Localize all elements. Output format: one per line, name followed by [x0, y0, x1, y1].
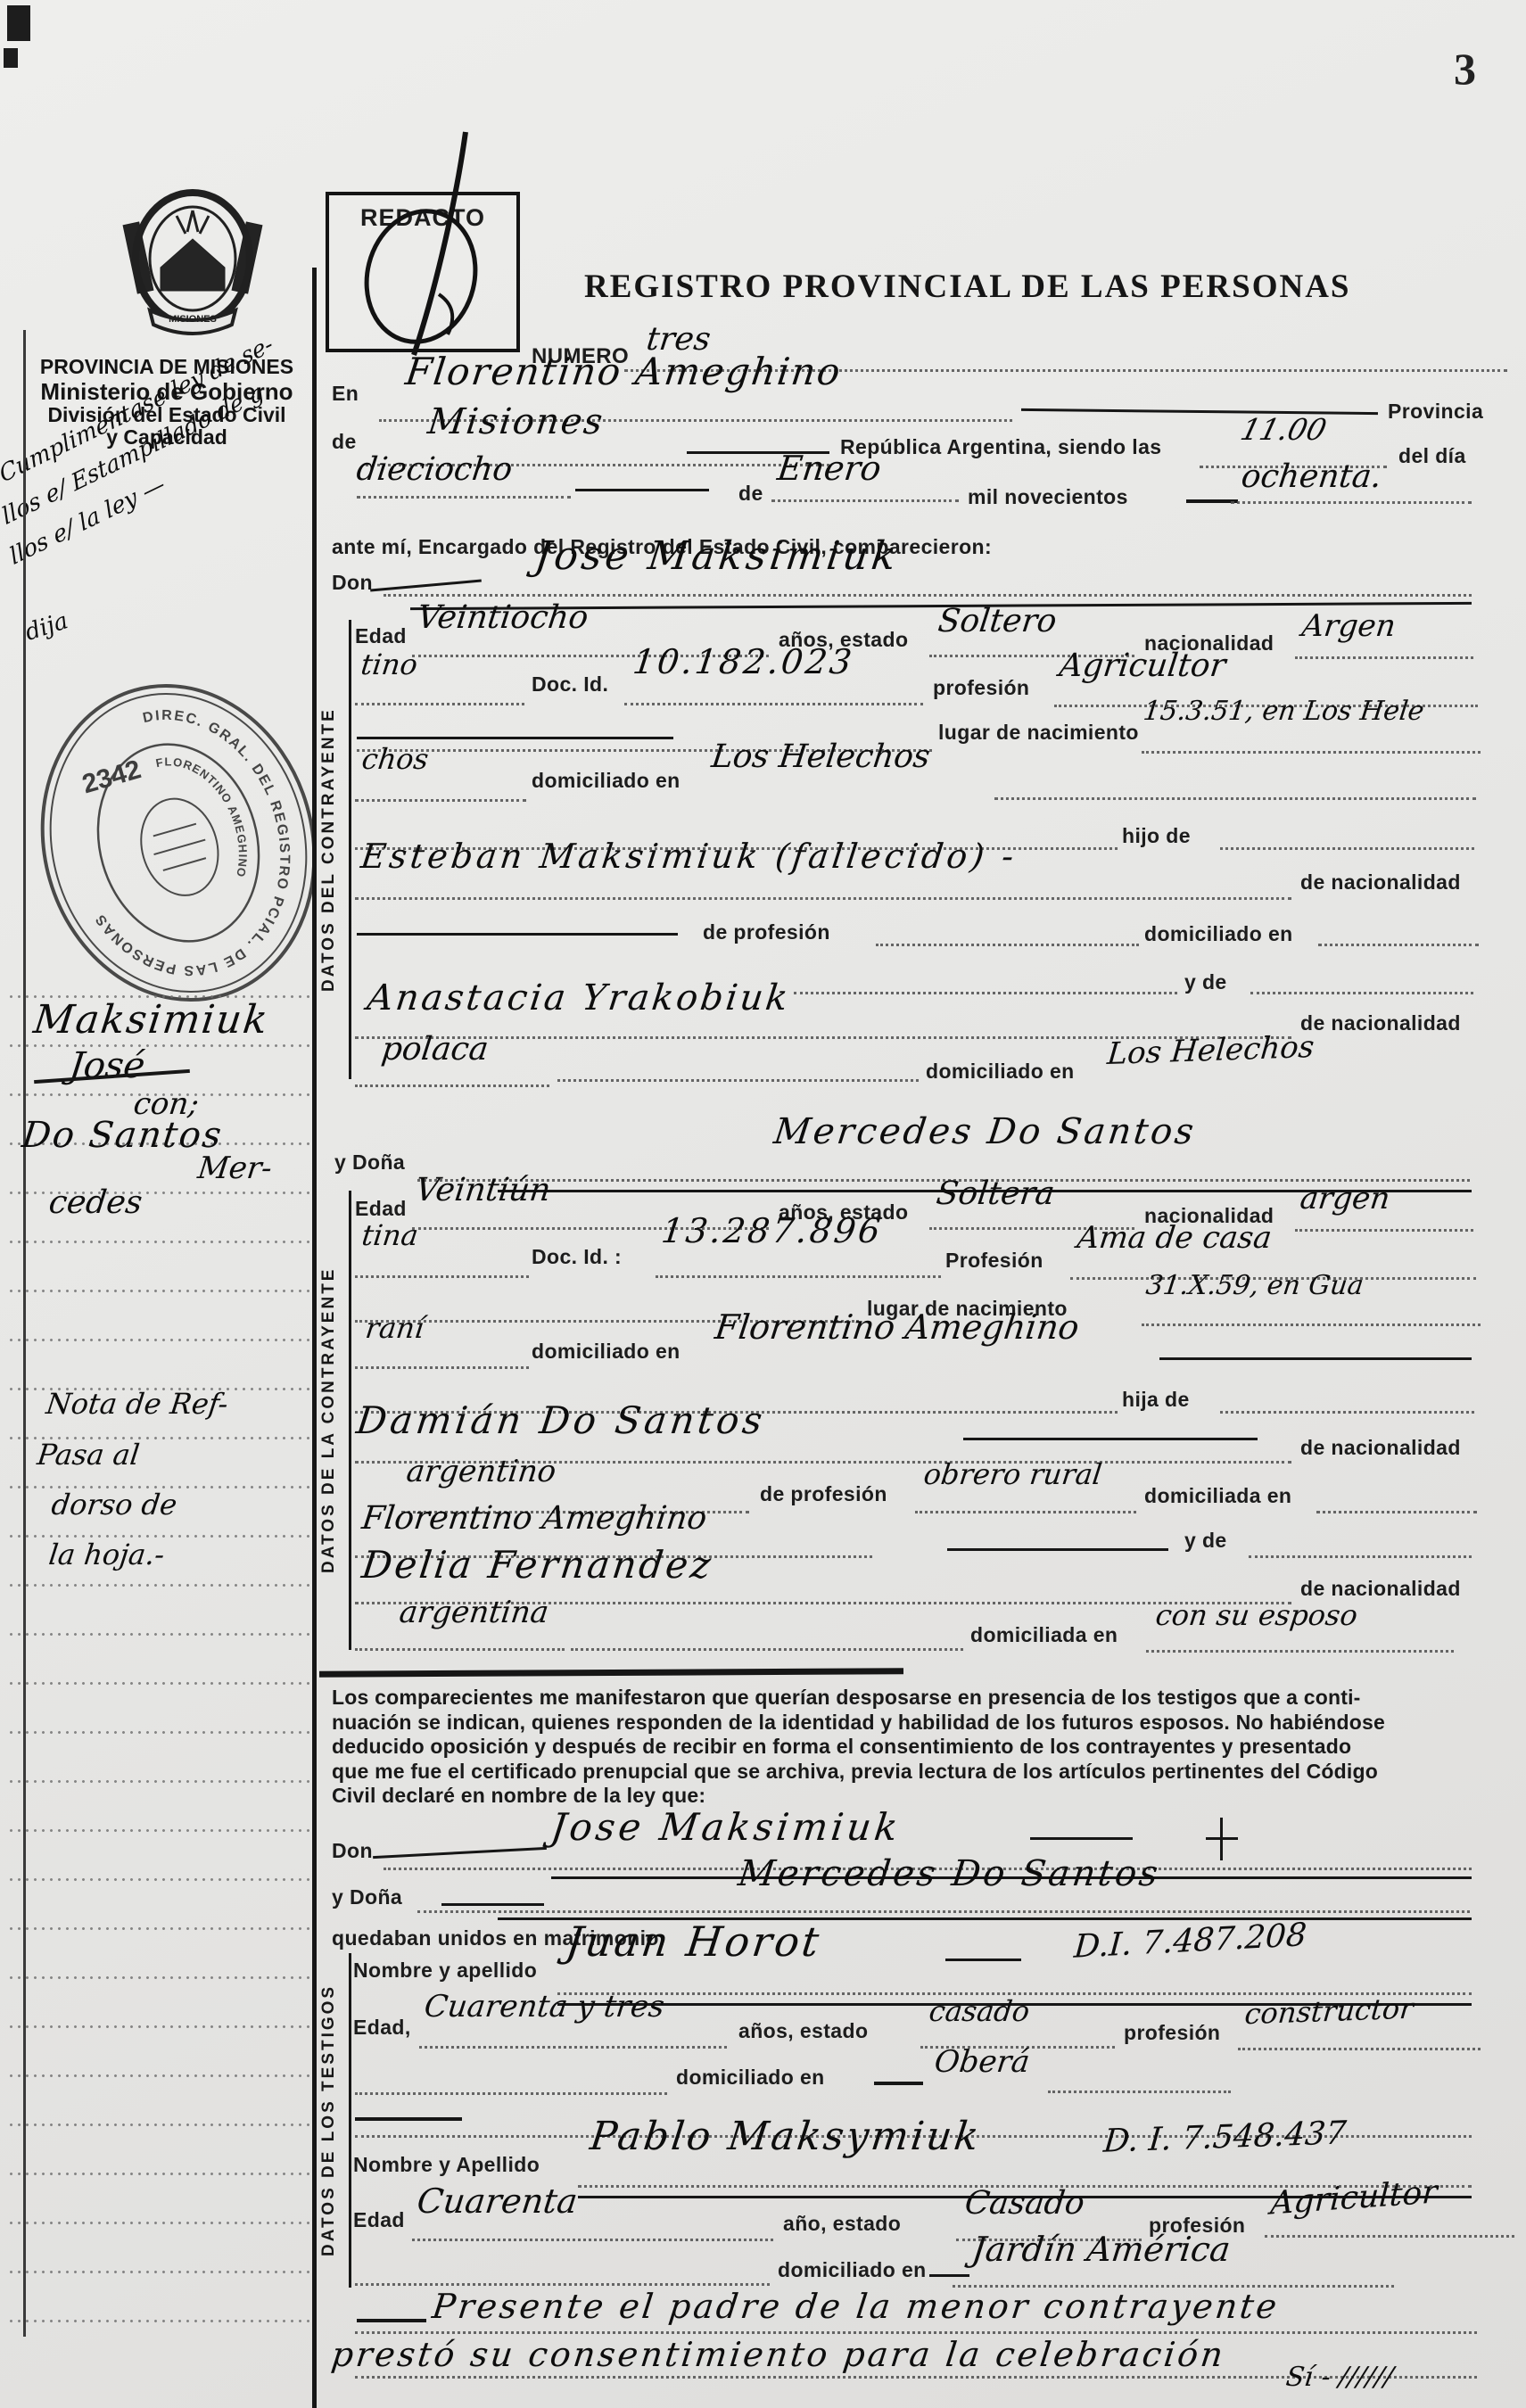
w2-estado-value: Casado	[962, 2185, 1086, 2222]
dotted-line	[355, 897, 1291, 900]
dotted-line	[417, 1910, 1470, 1913]
dotted-line	[412, 2239, 773, 2241]
w1-nombre-value: Juan Horot	[564, 1917, 824, 1966]
anio-value: ochenta.	[1239, 458, 1383, 495]
dotted-line	[1146, 1650, 1454, 1653]
dotted-line	[1295, 1229, 1473, 1232]
bride-madre-value: Delia Fernandez	[359, 1543, 716, 1587]
groom-edad-value: Veintiocho	[415, 599, 590, 636]
section-rule	[349, 1953, 351, 2288]
de-value: Misiones	[425, 401, 606, 442]
declaration-dona-label: y Doña	[332, 1885, 402, 1909]
w2-estado-label: año, estado	[783, 2212, 901, 2236]
province-seal-icon: MISIONES	[125, 186, 260, 339]
form-title: REGISTRO PROVINCIAL DE LAS PERSONAS	[584, 268, 1351, 306]
margin-note: Pasa al	[36, 1438, 142, 1472]
provincia-label: Provincia	[1388, 400, 1483, 424]
don-label: Don	[332, 571, 373, 595]
groom-profesion-label: profesión	[933, 676, 1029, 700]
dotted-line	[355, 2331, 1477, 2334]
bride-padre-profesion-label: de profesión	[760, 1482, 887, 1506]
mes-value: Enero	[775, 449, 883, 488]
hora-value: 11.00	[1237, 412, 1330, 447]
groom-padre-profesion-label: de profesión	[703, 920, 830, 944]
section-label-bride: DATOS DE LA CONTRAYENTE	[319, 1191, 344, 1650]
bride-profesion-label: Profesión	[945, 1249, 1043, 1273]
deldia-label: del día	[1398, 444, 1466, 468]
pen-stroke	[874, 2082, 923, 2085]
margin-note: dorso de	[50, 1488, 179, 1521]
bride-nac2-label: de nacionalidad	[1300, 1436, 1461, 1460]
groom-edad-label: Edad	[355, 624, 407, 648]
groom-madre-domicilio-label: domiciliado en	[926, 1060, 1075, 1084]
w1-edad-value: Cuarenta y tres	[423, 1989, 667, 2025]
section-label-groom: DATOS DEL CONTRAYENTE	[319, 620, 344, 1079]
republica-text: República Argentina, siendo las	[840, 435, 1161, 459]
bride-padre-nac-value: argentino	[405, 1454, 558, 1489]
w2-domicilio-label: domiciliado en	[778, 2258, 927, 2282]
registry-oval-stamp-icon: DIREC. GRAL. DEL REGISTRO PCIAL. DE LAS …	[13, 664, 343, 1021]
margin-note: Nota de Ref-	[45, 1387, 230, 1421]
dotted-line	[355, 2092, 667, 2095]
bride-hija-label: hija de	[1122, 1388, 1190, 1412]
pen-stroke	[575, 489, 709, 491]
scan-artifact	[4, 48, 18, 68]
dotted-line	[357, 496, 571, 499]
consent-line2: prestó su consentimiento para la celebra…	[329, 2335, 1227, 2374]
w2-profesion-value: Agricultor	[1269, 2174, 1438, 2222]
page-number: 3	[1454, 43, 1476, 95]
dotted-line	[355, 2283, 770, 2286]
margin-name: cedes	[46, 1184, 144, 1221]
margin-name: Mer-	[196, 1150, 275, 1186]
groom-doc-label: Doc. Id.	[532, 672, 608, 697]
bride-doc-value: 13.287.896	[659, 1211, 885, 1250]
bride-nacionalidad-value2: tina	[360, 1218, 420, 1252]
groom-doc-value: 10.182.023	[631, 642, 856, 681]
bride-padre-profesion-value: obrero rural	[922, 1457, 1104, 1491]
pen-stroke	[370, 580, 482, 592]
bride-profesion-value: Ama de casa	[1076, 1220, 1274, 1256]
groom-domicilio-label: domiciliado en	[532, 769, 681, 793]
groom-estado-value: Soltero	[936, 603, 1059, 639]
dotted-line	[1142, 1324, 1481, 1326]
dotted-line	[794, 992, 1177, 994]
w2-nombre-value: Pablo Maksymiuk	[588, 2114, 984, 2159]
w1-di-value: D.I. 7.487.208	[1073, 1917, 1308, 1966]
declaration-don-label: Don	[332, 1839, 373, 1863]
bride-doc-label: Doc. Id. :	[532, 1245, 622, 1269]
w1-profesion-value: constructor	[1243, 1992, 1415, 2032]
section-rule	[349, 620, 351, 1079]
dotted-line	[1295, 656, 1473, 659]
w2-edad-label: Edad	[353, 2208, 405, 2232]
form-left-border	[312, 268, 317, 2408]
dotted-line	[1238, 2048, 1481, 2050]
w2-edad-value: Cuarenta	[415, 2181, 580, 2221]
dotted-line	[771, 499, 959, 502]
groom-nacionalidad-value2: tino	[359, 647, 420, 681]
bride-padre-domicilio-label: domiciliada en	[1144, 1484, 1291, 1508]
pen-stroke	[357, 2319, 426, 2322]
scan-smudge	[319, 1668, 903, 1677]
w2-nombre-label: Nombre y Apellido	[353, 2153, 540, 2177]
dotted-line	[355, 1275, 529, 1278]
dotted-line	[1231, 501, 1472, 504]
groom-nac3-label: de nacionalidad	[1300, 1011, 1461, 1035]
dotted-line	[355, 1648, 565, 1651]
w1-estado-label: años, estado	[738, 2019, 868, 2043]
scanned-registry-page: 3 MISIONES PROVINCIA DE MISIONES Ministe…	[0, 0, 1526, 2408]
consent-line1: Presente el padre de la menor contrayent…	[430, 2287, 1281, 2326]
dotted-line	[1265, 2235, 1514, 2238]
dotted-line	[355, 1084, 549, 1087]
bride-nombre-value: Mercedes Do Santos	[771, 1111, 1199, 1152]
pen-stroke	[947, 1548, 1168, 1551]
margin-name: Do Santos	[20, 1115, 225, 1156]
pen-cross-mark	[1206, 1837, 1238, 1840]
bride-padre-domicilio-value: Florentino Ameghino	[359, 1500, 708, 1537]
w1-estado-value: casado	[928, 1994, 1032, 2028]
w2-di-value: D. I. 7.548.437	[1102, 2115, 1348, 2159]
pen-stroke	[1159, 1357, 1472, 1360]
bride-madre-nac-value: argentina	[398, 1595, 551, 1630]
dotted-line	[1220, 847, 1474, 850]
groom-nac2-label: de nacionalidad	[1300, 870, 1461, 895]
section-rule	[349, 1191, 351, 1650]
seal-banner-text: MISIONES	[169, 314, 217, 325]
en-label: En	[332, 382, 359, 406]
dotted-line	[1220, 1411, 1474, 1414]
dotted-line	[656, 1275, 941, 1278]
declaration-line: que me fue el certificado prenupcial que…	[332, 1760, 1482, 1785]
scribble-line: dija	[22, 607, 71, 647]
dotted-line	[355, 703, 524, 705]
margin-note: la hoja.-	[47, 1538, 167, 1571]
dotted-line	[419, 2046, 727, 2049]
pen-stroke	[373, 1847, 547, 1859]
groom-yde-label: y de	[1184, 970, 1227, 994]
don-value: Jose Maksimiuk	[532, 533, 902, 579]
dotted-line	[1142, 751, 1481, 754]
declaration-line: deducido oposición y después de recibir …	[332, 1735, 1482, 1760]
groom-lugar-value2: chos	[360, 742, 431, 776]
stamp-number: 2342	[79, 755, 144, 799]
dotted-line	[994, 797, 1476, 800]
pen-stroke	[963, 1438, 1258, 1440]
dotted-line	[1250, 992, 1473, 994]
bride-lugar-value2: raní	[364, 1311, 426, 1345]
bride-lugar-value: 31.X.59, en Gua	[1144, 1270, 1365, 1301]
w1-nombre-label: Nombre y apellido	[353, 1959, 537, 1983]
de2-label: de	[738, 482, 763, 506]
bride-nacionalidad-value: argen	[1299, 1181, 1392, 1216]
groom-domicilio-value: Los Helechos	[709, 738, 932, 775]
mil-label: mil novecientos	[968, 485, 1128, 509]
dotted-line	[355, 1366, 529, 1369]
bride-edad-value: Veintiún	[413, 1172, 552, 1208]
bride-dona-label: y Doña	[334, 1150, 405, 1175]
bride-edad-label: Edad	[355, 1197, 407, 1221]
bride-nac3-label: de nacionalidad	[1300, 1577, 1461, 1601]
bride-yde-label: y de	[1184, 1529, 1227, 1553]
margin-name: Maksimiuk	[31, 997, 272, 1043]
bride-domicilio-value: Florentino Ameghino	[713, 1307, 1081, 1347]
dotted-line	[571, 1648, 963, 1651]
pen-stroke	[355, 2117, 462, 2121]
declaration-don-value: Jose Maksimiuk	[549, 1805, 903, 1849]
declaration-line: Los comparecientes me manifestaron que q…	[332, 1686, 1482, 1711]
w1-domicilio-label: domiciliado en	[676, 2066, 825, 2090]
dotted-line	[876, 944, 1139, 946]
groom-padre-value: Esteban Maksimiuk (fallecido) -	[359, 837, 1019, 876]
dotted-line	[384, 594, 1472, 597]
pen-stroke	[945, 1959, 1021, 1961]
groom-madre-nac-value: polaca	[379, 1031, 490, 1068]
si-mark: Sí - //////	[1284, 2362, 1395, 2393]
groom-padre-domicilio-label: domiciliado en	[1144, 922, 1293, 946]
dotted-line	[915, 1511, 1136, 1513]
groom-nacionalidad-value: Argen	[1300, 608, 1398, 644]
bride-estado-value: Soltera	[934, 1175, 1056, 1212]
w1-domicilio-value: Oberá	[933, 2044, 1032, 2080]
de-label: de	[332, 430, 357, 454]
pen-stroke	[1030, 1837, 1133, 1840]
groom-madre-value: Anastacia Yrakobiuk	[365, 977, 792, 1018]
w2-domicilio-value: Jardín América	[969, 2230, 1233, 2269]
pen-stroke	[357, 933, 678, 936]
section-label-witnesses: DATOS DE LOS TESTIGOS	[319, 1953, 344, 2288]
dotted-line	[1318, 944, 1479, 946]
scan-artifact	[7, 5, 30, 41]
groom-profesion-value: Agricultor	[1057, 647, 1227, 684]
pen-flourish-icon	[332, 125, 537, 366]
dotted-line	[1249, 1555, 1472, 1558]
bride-padre-value: Damián Do Santos	[354, 1398, 768, 1442]
dotted-line	[1316, 1511, 1477, 1513]
groom-lugar-label: lugar de nacimiento	[938, 721, 1139, 745]
declaration-dona-value: Mercedes Do Santos	[736, 1853, 1163, 1894]
declaration-paragraph: Los comparecientes me manifestaron que q…	[332, 1686, 1482, 1809]
groom-madre-domicilio-value: Los Helechos	[1106, 1029, 1316, 1072]
bride-madre-domicilio-label: domiciliada en	[970, 1623, 1118, 1647]
dotted-line	[557, 1079, 919, 1082]
declaration-line: nuación se indican, quienes responden de…	[332, 1711, 1482, 1736]
pen-stroke	[441, 1903, 544, 1906]
groom-lugar-value: 15.3.51, en Los Hele	[1142, 696, 1426, 727]
bride-madre-domicilio-value: con su esposo	[1154, 1598, 1360, 1632]
groom-hijo-label: hijo de	[1122, 824, 1191, 848]
en-value: Florentino Ameghino	[403, 350, 845, 393]
dia-value: dieciocho	[354, 451, 514, 488]
w1-profesion-label: profesión	[1124, 2021, 1220, 2045]
w1-edad-label: Edad,	[353, 2016, 411, 2040]
bride-domicilio-label: domiciliado en	[532, 1340, 681, 1364]
declaration-line: Civil declaré en nombre de la ley que:	[332, 1784, 1482, 1809]
dotted-line	[624, 703, 923, 705]
dotted-line	[355, 799, 526, 802]
dotted-line	[1048, 2091, 1231, 2093]
pen-stroke	[929, 2274, 969, 2277]
pen-stroke	[357, 737, 673, 739]
